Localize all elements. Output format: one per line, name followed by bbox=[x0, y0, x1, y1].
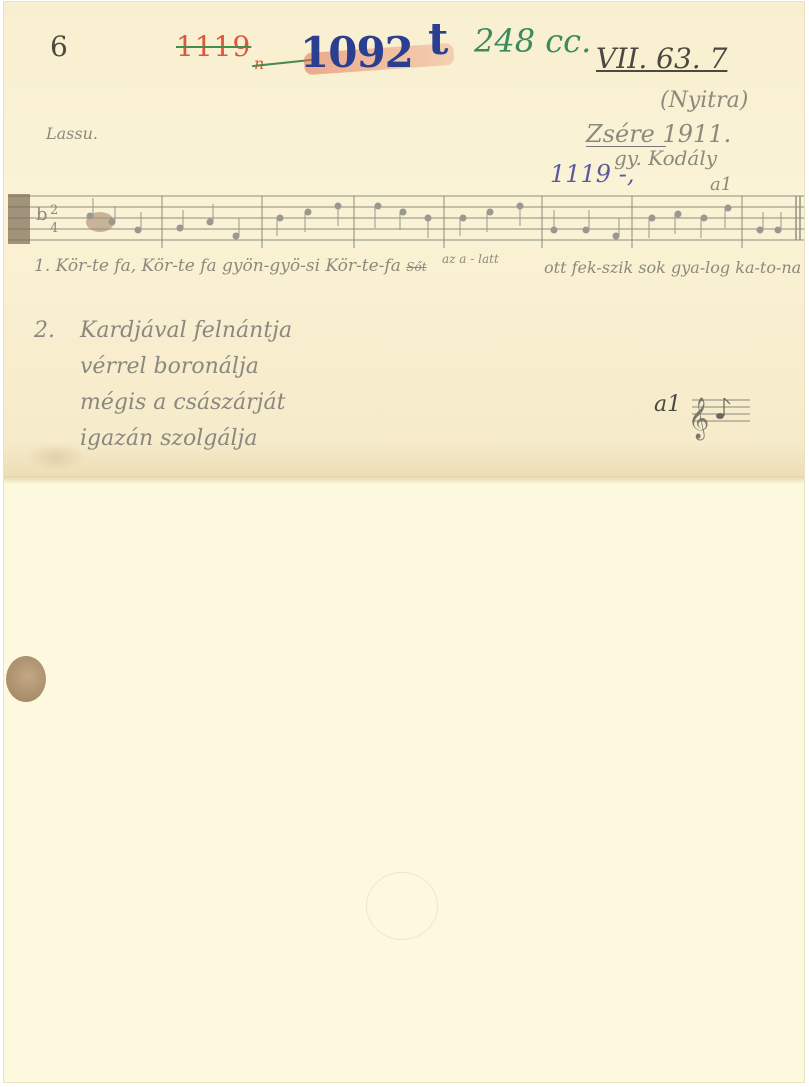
verse2-line: vérrel boronálja bbox=[80, 354, 259, 379]
manuscript-sheet: 6 1119 n 1092 t 248 cc. VII. 63. 7 (Nyit… bbox=[4, 2, 804, 1082]
verse2-line: Kardjával felnántja bbox=[80, 318, 292, 343]
page-number: 6 bbox=[50, 30, 68, 63]
verse2-number: 2. bbox=[34, 318, 55, 343]
verse1-text-a: Kör-te fa, Kör-te fa gyön-gyö-si Kör-te-… bbox=[56, 256, 401, 276]
paper-discoloration bbox=[26, 442, 86, 472]
verse2-line: mégis a császárját bbox=[80, 390, 285, 415]
pencil-reference: VII. 63. 7 bbox=[596, 42, 727, 75]
verse1-lyrics-part2: ott fek-szik sok gya-log ka-to-na bbox=[544, 258, 801, 277]
place-annotation: (Nyitra) bbox=[660, 88, 748, 113]
ink-stain bbox=[6, 656, 46, 702]
blank-lower-section bbox=[4, 484, 804, 1082]
music-staff: b 2 4 bbox=[8, 192, 804, 248]
location-annotation: Zsére 1911. bbox=[586, 120, 731, 148]
green-catalog-number: 248 cc. bbox=[474, 22, 591, 60]
variant-incipit-staff: 𝄞 bbox=[684, 392, 750, 442]
blue-catalog-number: 1092 bbox=[300, 28, 413, 77]
verse2-line: igazán szolgálja bbox=[80, 426, 257, 451]
svg-text:4: 4 bbox=[50, 221, 58, 236]
blue-catalog-suffix: t bbox=[428, 14, 448, 65]
verse1-number: 1. bbox=[34, 256, 50, 276]
treble-clef-icon: 𝄞 bbox=[688, 397, 709, 440]
verse1-struck-word: Sőt bbox=[406, 260, 426, 274]
verse1-lyrics-part1: 1. Kör-te fa, Kör-te fa gyön-gyö-si Kör-… bbox=[34, 256, 427, 276]
blue-pencil-note: 1119 -, bbox=[550, 160, 634, 188]
svg-text:b: b bbox=[36, 204, 48, 225]
faint-stamp-mark bbox=[366, 872, 438, 940]
pencil-reference-text: VII. 63. 7 bbox=[596, 42, 727, 75]
page-fold bbox=[4, 476, 804, 484]
tempo-marking: Lassu. bbox=[46, 124, 98, 143]
svg-text:2: 2 bbox=[50, 203, 58, 218]
verse1-above-text: az a - latt bbox=[442, 252, 499, 266]
struck-catalog-number: 1119 bbox=[176, 30, 251, 63]
variant-label: a1 bbox=[654, 392, 681, 417]
